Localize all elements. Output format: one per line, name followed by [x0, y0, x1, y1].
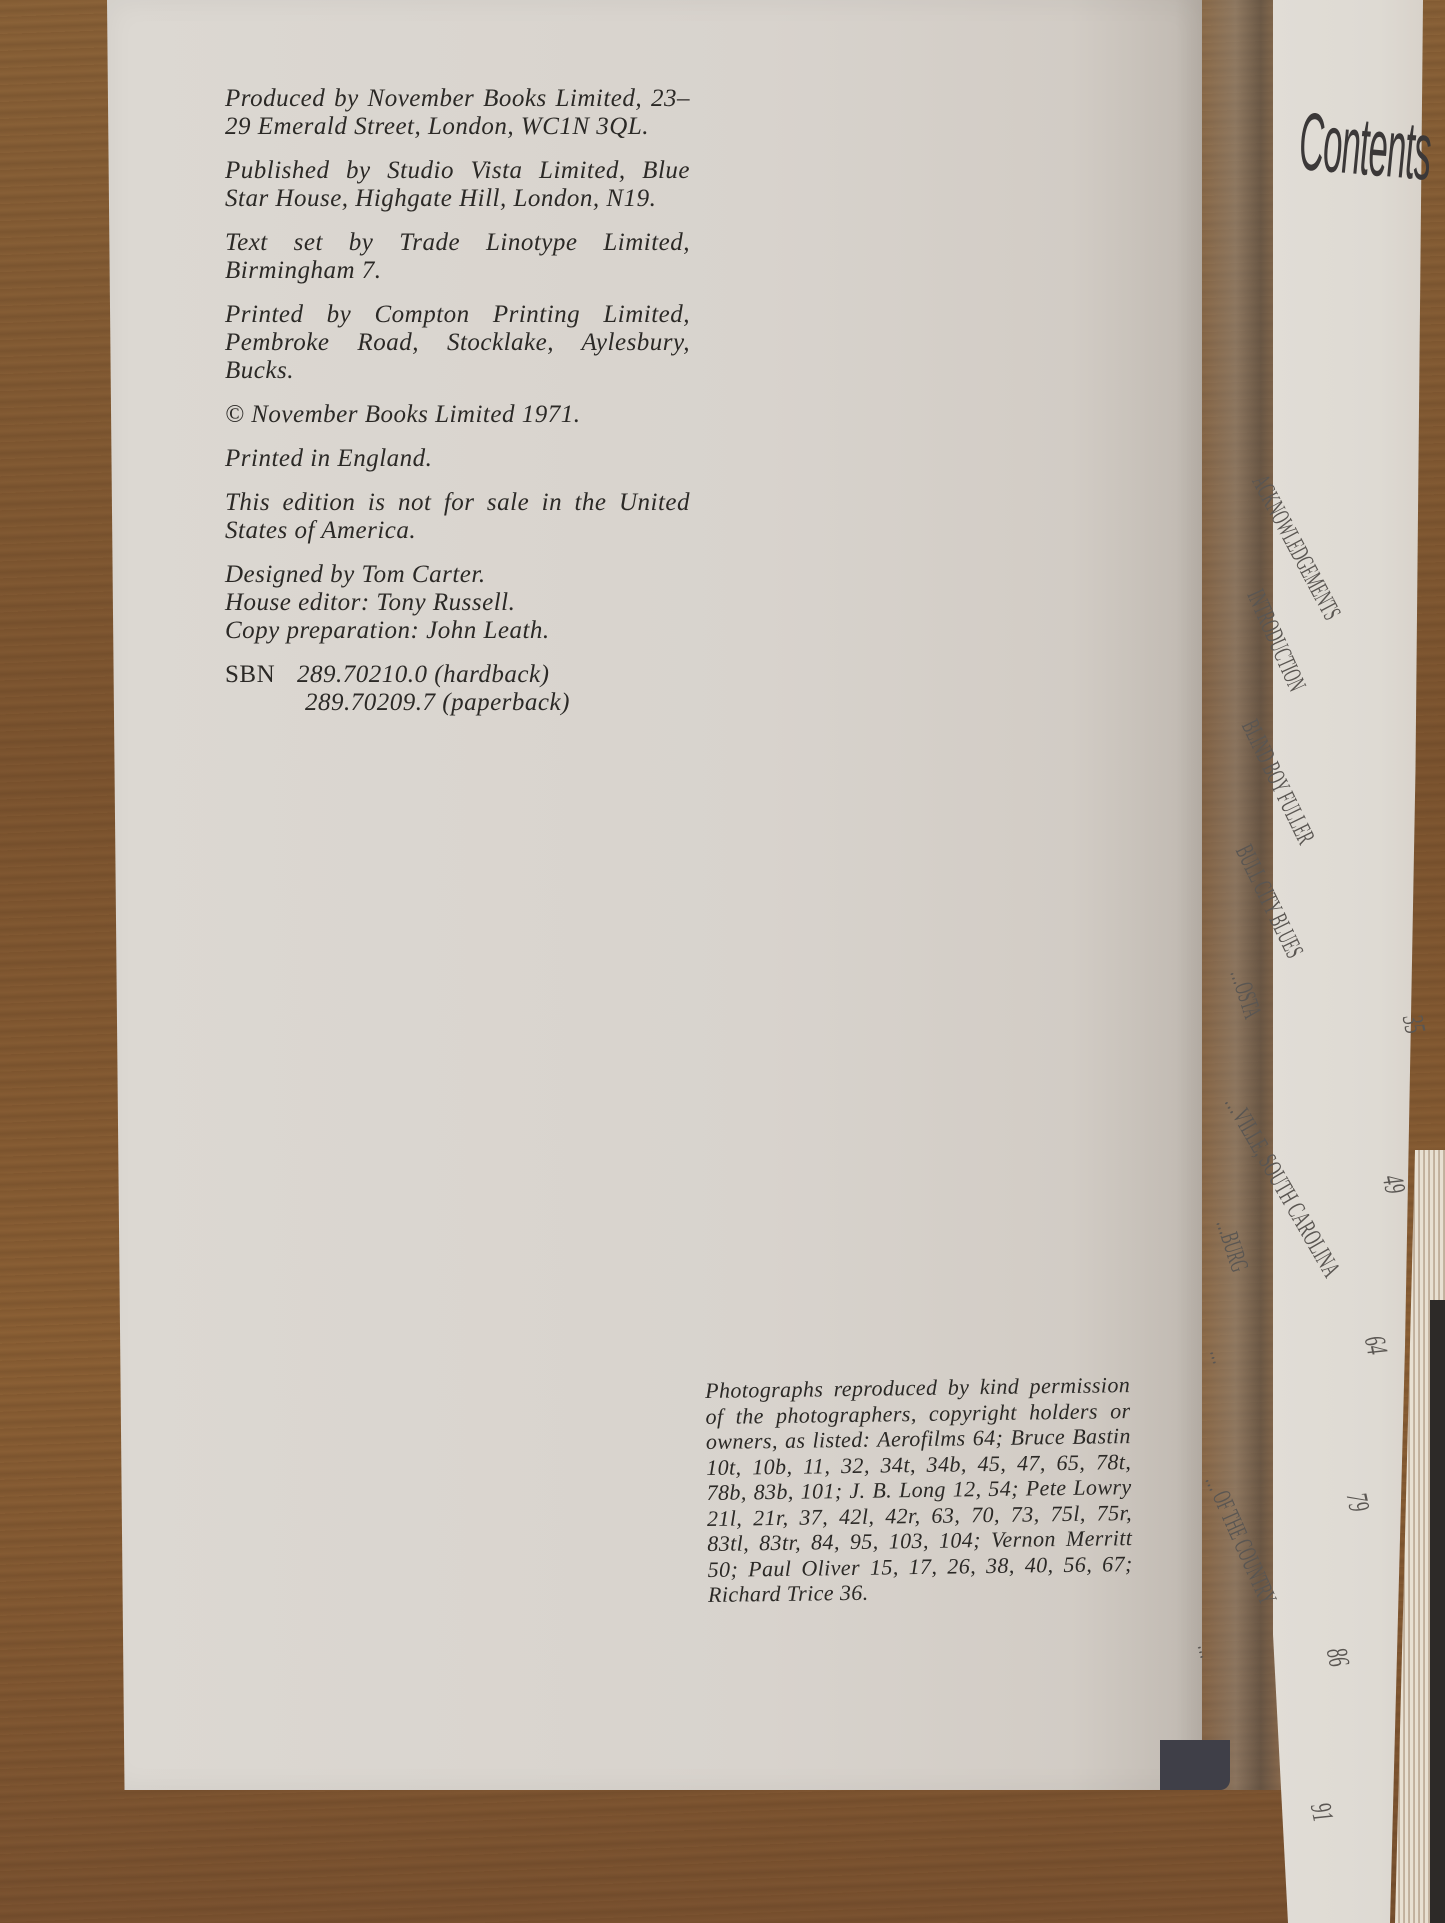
imprint-block: Produced by November Books Limited, 23–2…: [225, 85, 690, 717]
produced-by: Produced by November Books Limited, 23–2…: [225, 85, 690, 141]
house-editor-credit: House editor: Tony Russell.: [225, 589, 690, 617]
book-cover-edge: [1430, 1300, 1445, 1923]
sale-restriction: This edition is not for sale in the Unit…: [225, 489, 690, 545]
published-by: Published by Studio Vista Limited, Blue …: [225, 157, 690, 213]
sbn-hardback: 289.70210.0 (hardback): [297, 661, 549, 689]
photo-credits: Photographs reproduced by kind permissio…: [705, 1372, 1133, 1607]
printed-by: Printed by Compton Printing Limited, Pem…: [225, 301, 690, 385]
printed-in: Printed in England.: [225, 445, 690, 473]
right-page: [1273, 0, 1423, 1923]
sbn-paperback: 289.70209.7 (paperback): [225, 689, 690, 717]
book-spine: [1160, 1740, 1230, 1790]
sbn-hardback-row: SBN 289.70210.0 (hardback): [225, 661, 690, 689]
contents-title: Contents: [1299, 95, 1431, 200]
designer-credit: Designed by Tom Carter.: [225, 561, 690, 589]
text-set-by: Text set by Trade Linotype Limited, Birm…: [225, 229, 690, 285]
sbn-label: SBN: [225, 661, 297, 689]
copy-prep-credit: Copy preparation: John Leath.: [225, 617, 690, 645]
copyright-notice: © November Books Limited 1971.: [225, 401, 690, 429]
